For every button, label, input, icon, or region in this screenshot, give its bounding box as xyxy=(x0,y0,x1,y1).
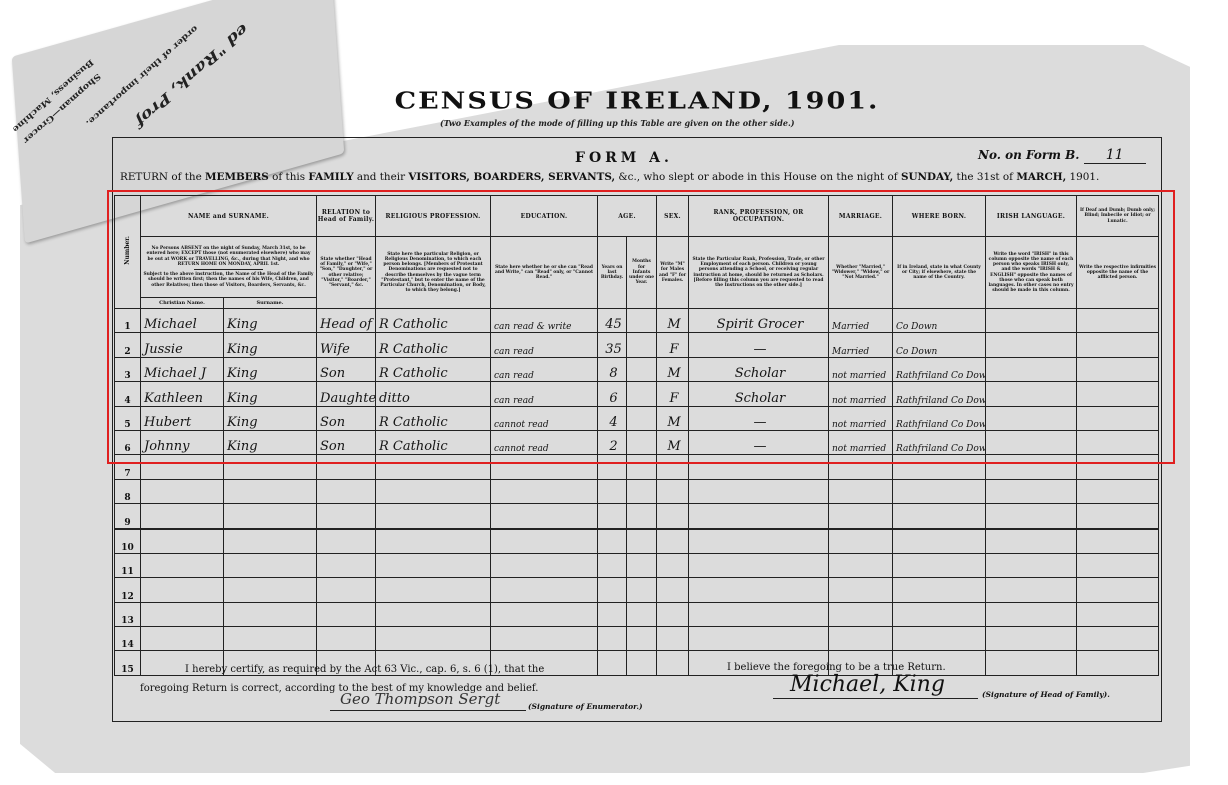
sex-header: SEX. xyxy=(657,196,689,237)
age-years-cell xyxy=(598,627,627,651)
surname-cell xyxy=(224,627,317,651)
occupation-cell: Scholar xyxy=(689,382,829,406)
row-number: 4 xyxy=(115,382,141,406)
sex-cell: M xyxy=(657,406,689,430)
enumerator-signature-line xyxy=(330,710,526,711)
religion-cell: R Catholic xyxy=(376,430,491,454)
age-header: AGE. xyxy=(598,196,657,237)
age-years-cell: 35 xyxy=(598,333,627,357)
irish-language-cell xyxy=(986,529,1077,554)
age-years-cell: 6 xyxy=(598,382,627,406)
infirmity-cell xyxy=(1077,479,1159,503)
relation-cell: Wife xyxy=(317,333,376,357)
age-years-cell: 4 xyxy=(598,406,627,430)
row-number: 8 xyxy=(115,479,141,503)
infirmity-cell xyxy=(1077,382,1159,406)
marriage-cell xyxy=(829,602,893,626)
birthplace-cell: Rathfriland Co Down xyxy=(893,382,986,406)
relation-cell: Daughter xyxy=(317,382,376,406)
row-number: 5 xyxy=(115,406,141,430)
table-row: 4KathleenKingDaughterdittocan read6FScho… xyxy=(115,382,1159,406)
form-b-label: No. on Form B. xyxy=(978,148,1079,162)
irish-language-cell xyxy=(986,406,1077,430)
head-signature-label: (Signature of Head of Family). xyxy=(982,690,1110,699)
education-cell: can read xyxy=(491,357,598,381)
sex-cell xyxy=(657,602,689,626)
surname-cell xyxy=(224,602,317,626)
christian-name-cell: Hubert xyxy=(141,406,224,430)
sex-cell xyxy=(657,651,689,675)
christian-name-cell xyxy=(141,504,224,529)
table-row: 6JohnnyKingSonR Catholiccannot read2M—no… xyxy=(115,430,1159,454)
row-number: 14 xyxy=(115,627,141,651)
sex-cell: M xyxy=(657,430,689,454)
birthplace-cell: Rathfriland Co Down xyxy=(893,357,986,381)
religion-cell xyxy=(376,578,491,602)
return-heading: RETURN of the MEMBERS of this FAMILY and… xyxy=(120,171,1099,183)
surname-cell: King xyxy=(224,309,317,333)
religion-cell: R Catholic xyxy=(376,357,491,381)
sex-instructions: Write "M" for Males and "F" for Females. xyxy=(657,237,689,309)
christian-name-cell xyxy=(141,627,224,651)
infirmity-cell xyxy=(1077,406,1159,430)
age-months-cell xyxy=(627,504,657,529)
irish-language-cell xyxy=(986,504,1077,529)
christian-name-cell: Kathleen xyxy=(141,382,224,406)
occupation-cell xyxy=(689,602,829,626)
sex-cell xyxy=(657,578,689,602)
marriage-cell xyxy=(829,479,893,503)
row-number: 13 xyxy=(115,602,141,626)
infirmity-cell xyxy=(1077,430,1159,454)
occupation-cell xyxy=(689,578,829,602)
row-number: 2 xyxy=(115,333,141,357)
irish-language-cell xyxy=(986,627,1077,651)
infirmity-cell xyxy=(1077,357,1159,381)
age-months-cell xyxy=(627,627,657,651)
religion-cell xyxy=(376,504,491,529)
religion-cell xyxy=(376,529,491,554)
table-row: 5HubertKingSonR Catholiccannot read4M—no… xyxy=(115,406,1159,430)
relation-cell xyxy=(317,455,376,479)
relation-cell: Head of Family xyxy=(317,309,376,333)
religion-cell xyxy=(376,479,491,503)
age-months-cell xyxy=(627,479,657,503)
table-row: 2JussieKingWifeR Catholiccan read35F—Mar… xyxy=(115,333,1159,357)
christian-name-cell xyxy=(141,578,224,602)
surname-cell: King xyxy=(224,333,317,357)
age-months-cell xyxy=(627,602,657,626)
irish-language-cell xyxy=(986,651,1077,675)
sex-cell xyxy=(657,479,689,503)
relation-cell xyxy=(317,553,376,577)
relation-cell xyxy=(317,529,376,554)
christian-name-cell: Michael xyxy=(141,309,224,333)
table-row: 1MichaelKingHead of FamilyR Catholiccan … xyxy=(115,309,1159,333)
table-row: 7 xyxy=(115,455,1159,479)
surname-cell xyxy=(224,455,317,479)
age-years-cell: 45 xyxy=(598,309,627,333)
marriage-cell xyxy=(829,529,893,554)
education-cell xyxy=(491,455,598,479)
marriage-cell: not married xyxy=(829,357,893,381)
relation-cell xyxy=(317,627,376,651)
christian-name-cell: Jussie xyxy=(141,333,224,357)
age-years-cell xyxy=(598,651,627,675)
number-header: Number. xyxy=(115,196,141,309)
form-b-number: No. on Form B. 11 xyxy=(978,147,1146,164)
age-years-cell xyxy=(598,479,627,503)
marriage-cell: Married xyxy=(829,333,893,357)
religion-cell xyxy=(376,553,491,577)
name-header: NAME and SURNAME. xyxy=(141,196,317,237)
religion-cell xyxy=(376,455,491,479)
age-years-cell xyxy=(598,504,627,529)
age-years-cell: 8 xyxy=(598,357,627,381)
surname-cell xyxy=(224,553,317,577)
birthplace-cell: Co Down xyxy=(893,333,986,357)
age-months-cell xyxy=(627,406,657,430)
deaf-header: If Deaf and Dumb; Dumb only; Blind; Imbe… xyxy=(1077,196,1159,237)
age-months-cell xyxy=(627,430,657,454)
christian-name-cell xyxy=(141,602,224,626)
row-number: 11 xyxy=(115,553,141,577)
infirmity-cell xyxy=(1077,602,1159,626)
table-row: 12 xyxy=(115,578,1159,602)
age-years-instructions: Years on last Birthday. xyxy=(598,237,627,309)
religion-cell: R Catholic xyxy=(376,406,491,430)
document-subtitle: (Two Examples of the mode of filling up … xyxy=(440,118,795,128)
christian-name-cell xyxy=(141,553,224,577)
marriage-header: MARRIAGE. xyxy=(829,196,893,237)
christian-name-subheader: Christian Name. xyxy=(141,298,224,309)
occupation-cell: Spirit Grocer xyxy=(689,309,829,333)
enumerator-signature-label: (Signature of Enumerator.) xyxy=(528,702,643,711)
infirmity-cell xyxy=(1077,553,1159,577)
marriage-cell xyxy=(829,455,893,479)
birthplace-cell: Rathfriland Co Down xyxy=(893,406,986,430)
head-signature: Michael, King xyxy=(790,672,945,697)
relation-cell xyxy=(317,602,376,626)
infirmity-cell xyxy=(1077,504,1159,529)
row-number: 7 xyxy=(115,455,141,479)
occupation-cell: — xyxy=(689,430,829,454)
education-cell: can read xyxy=(491,382,598,406)
infirmity-cell xyxy=(1077,333,1159,357)
occupation-cell xyxy=(689,504,829,529)
relation-cell: Son xyxy=(317,406,376,430)
christian-name-cell xyxy=(141,479,224,503)
age-months-cell xyxy=(627,529,657,554)
surname-cell xyxy=(224,479,317,503)
age-months-cell xyxy=(627,553,657,577)
row-number: 10 xyxy=(115,529,141,554)
row-number: 12 xyxy=(115,578,141,602)
row-number: 15 xyxy=(115,651,141,675)
surname-cell xyxy=(224,578,317,602)
irish-language-cell xyxy=(986,430,1077,454)
irish-instructions: Write the word "IRISH" in this column op… xyxy=(986,237,1077,309)
sex-cell: M xyxy=(657,357,689,381)
form-b-value: 11 xyxy=(1084,147,1146,164)
religion-cell xyxy=(376,602,491,626)
irish-language-cell xyxy=(986,382,1077,406)
enumerator-signature: Geo Thompson Sergt xyxy=(340,690,500,708)
surname-cell xyxy=(224,529,317,554)
irish-language-cell xyxy=(986,333,1077,357)
born-header: WHERE BORN. xyxy=(893,196,986,237)
education-cell: cannot read xyxy=(491,430,598,454)
education-cell xyxy=(491,529,598,554)
irish-language-cell xyxy=(986,479,1077,503)
occupation-header: RANK, PROFESSION, OR OCCUPATION. xyxy=(689,196,829,237)
age-months-cell xyxy=(627,455,657,479)
table-row: 11 xyxy=(115,553,1159,577)
occupation-cell: — xyxy=(689,406,829,430)
marriage-cell: not married xyxy=(829,430,893,454)
occupation-cell xyxy=(689,479,829,503)
birthplace-cell xyxy=(893,455,986,479)
infirmity-cell xyxy=(1077,578,1159,602)
christian-name-cell: Johnny xyxy=(141,430,224,454)
surname-cell: King xyxy=(224,406,317,430)
marriage-cell xyxy=(829,553,893,577)
sex-cell xyxy=(657,529,689,554)
religion-cell: ditto xyxy=(376,382,491,406)
relation-cell xyxy=(317,479,376,503)
certify-line-1: I hereby certify, as required by the Act… xyxy=(140,660,544,679)
relation-cell xyxy=(317,504,376,529)
sex-cell xyxy=(657,504,689,529)
age-months-cell xyxy=(627,357,657,381)
birthplace-cell xyxy=(893,578,986,602)
birthplace-cell xyxy=(893,553,986,577)
birthplace-cell xyxy=(893,504,986,529)
census-table: Number. NAME and SURNAME. RELATION to He… xyxy=(114,195,1159,676)
row-number: 6 xyxy=(115,430,141,454)
surname-cell: King xyxy=(224,382,317,406)
row-number: 3 xyxy=(115,357,141,381)
marriage-cell: not married xyxy=(829,406,893,430)
age-months-cell xyxy=(627,382,657,406)
relation-cell: Son xyxy=(317,430,376,454)
christian-name-cell xyxy=(141,529,224,554)
sex-cell xyxy=(657,553,689,577)
irish-language-cell xyxy=(986,602,1077,626)
birthplace-cell xyxy=(893,479,986,503)
age-years-cell xyxy=(598,553,627,577)
birthplace-cell xyxy=(893,602,986,626)
sex-cell xyxy=(657,627,689,651)
birthplace-cell xyxy=(893,627,986,651)
marriage-instructions: Whether "Married," "Widower," "Widow," o… xyxy=(829,237,893,309)
age-months-instructions: Months for Infants under one Year. xyxy=(627,237,657,309)
infirmity-cell xyxy=(1077,455,1159,479)
table-row: 13 xyxy=(115,602,1159,626)
infirmity-cell xyxy=(1077,309,1159,333)
surname-cell: King xyxy=(224,430,317,454)
age-years-cell xyxy=(598,602,627,626)
occupation-cell: Scholar xyxy=(689,357,829,381)
age-years-cell xyxy=(598,455,627,479)
occupation-cell: — xyxy=(689,333,829,357)
fold-text-large: ed "Rank, Prof xyxy=(132,21,251,131)
religion-instructions: State here the particular Religion, or R… xyxy=(376,237,491,309)
occupation-cell xyxy=(689,455,829,479)
relation-instructions: State whether "Head of Family," or "Wife… xyxy=(317,237,376,309)
age-years-cell xyxy=(598,529,627,554)
education-cell xyxy=(491,578,598,602)
surname-subheader: Surname. xyxy=(224,298,317,309)
row-number: 9 xyxy=(115,504,141,529)
education-cell xyxy=(491,602,598,626)
irish-language-cell xyxy=(986,455,1077,479)
occupation-cell xyxy=(689,529,829,554)
infirmity-cell xyxy=(1077,627,1159,651)
marriage-cell xyxy=(829,504,893,529)
education-cell xyxy=(491,627,598,651)
education-instructions: State here whether he or she can "Read a… xyxy=(491,237,598,309)
occupation-instructions: State the Particular Rank, Profession, T… xyxy=(689,237,829,309)
irish-language-cell xyxy=(986,309,1077,333)
table-row: 3Michael JKingSonR Catholiccan read8MSch… xyxy=(115,357,1159,381)
age-months-cell xyxy=(627,651,657,675)
education-cell xyxy=(491,504,598,529)
age-years-cell: 2 xyxy=(598,430,627,454)
birthplace-cell: Co Down xyxy=(893,309,986,333)
document-title: CENSUS OF IRELAND, 1901. xyxy=(312,88,962,114)
education-cell xyxy=(491,553,598,577)
occupation-cell xyxy=(689,627,829,651)
infirmity-cell xyxy=(1077,651,1159,675)
row-number: 1 xyxy=(115,309,141,333)
marriage-cell: not married xyxy=(829,382,893,406)
irish-language-cell xyxy=(986,357,1077,381)
christian-name-cell xyxy=(141,455,224,479)
surname-cell: King xyxy=(224,357,317,381)
marriage-cell xyxy=(829,578,893,602)
irish-header: IRISH LANGUAGE. xyxy=(986,196,1077,237)
religion-cell xyxy=(376,627,491,651)
religion-header: RELIGIOUS PROFESSION. xyxy=(376,196,491,237)
sex-cell xyxy=(657,455,689,479)
name-instructions: No Persons ABSENT on the night of Sunday… xyxy=(141,237,317,298)
infirmity-cell xyxy=(1077,529,1159,554)
age-months-cell xyxy=(627,309,657,333)
education-cell: can read xyxy=(491,333,598,357)
age-months-cell xyxy=(627,578,657,602)
sex-cell: F xyxy=(657,382,689,406)
religion-cell: R Catholic xyxy=(376,333,491,357)
education-header: EDUCATION. xyxy=(491,196,598,237)
religion-cell: R Catholic xyxy=(376,309,491,333)
table-row: 9 xyxy=(115,504,1159,529)
sex-cell: F xyxy=(657,333,689,357)
relation-header: RELATION to Head of Family. xyxy=(317,196,376,237)
irish-language-cell xyxy=(986,578,1077,602)
deaf-instructions: Write the respective infirmities opposit… xyxy=(1077,237,1159,309)
head-signature-line xyxy=(773,698,978,699)
education-cell: cannot read xyxy=(491,406,598,430)
irish-language-cell xyxy=(986,553,1077,577)
occupation-cell xyxy=(689,553,829,577)
surname-cell xyxy=(224,504,317,529)
birthplace-cell: Rathfriland Co Down xyxy=(893,430,986,454)
marriage-cell: Married xyxy=(829,309,893,333)
table-row: 8 xyxy=(115,479,1159,503)
education-cell: can read & write xyxy=(491,309,598,333)
relation-cell xyxy=(317,578,376,602)
marriage-cell xyxy=(829,627,893,651)
born-instructions: If in Ireland, state in what County or C… xyxy=(893,237,986,309)
christian-name-cell: Michael J xyxy=(141,357,224,381)
age-years-cell xyxy=(598,578,627,602)
birthplace-cell xyxy=(893,529,986,554)
education-cell xyxy=(491,479,598,503)
relation-cell: Son xyxy=(317,357,376,381)
table-row: 10 xyxy=(115,529,1159,554)
table-row: 14 xyxy=(115,627,1159,651)
age-months-cell xyxy=(627,333,657,357)
form-label: FORM A. xyxy=(575,150,673,166)
sex-cell: M xyxy=(657,309,689,333)
